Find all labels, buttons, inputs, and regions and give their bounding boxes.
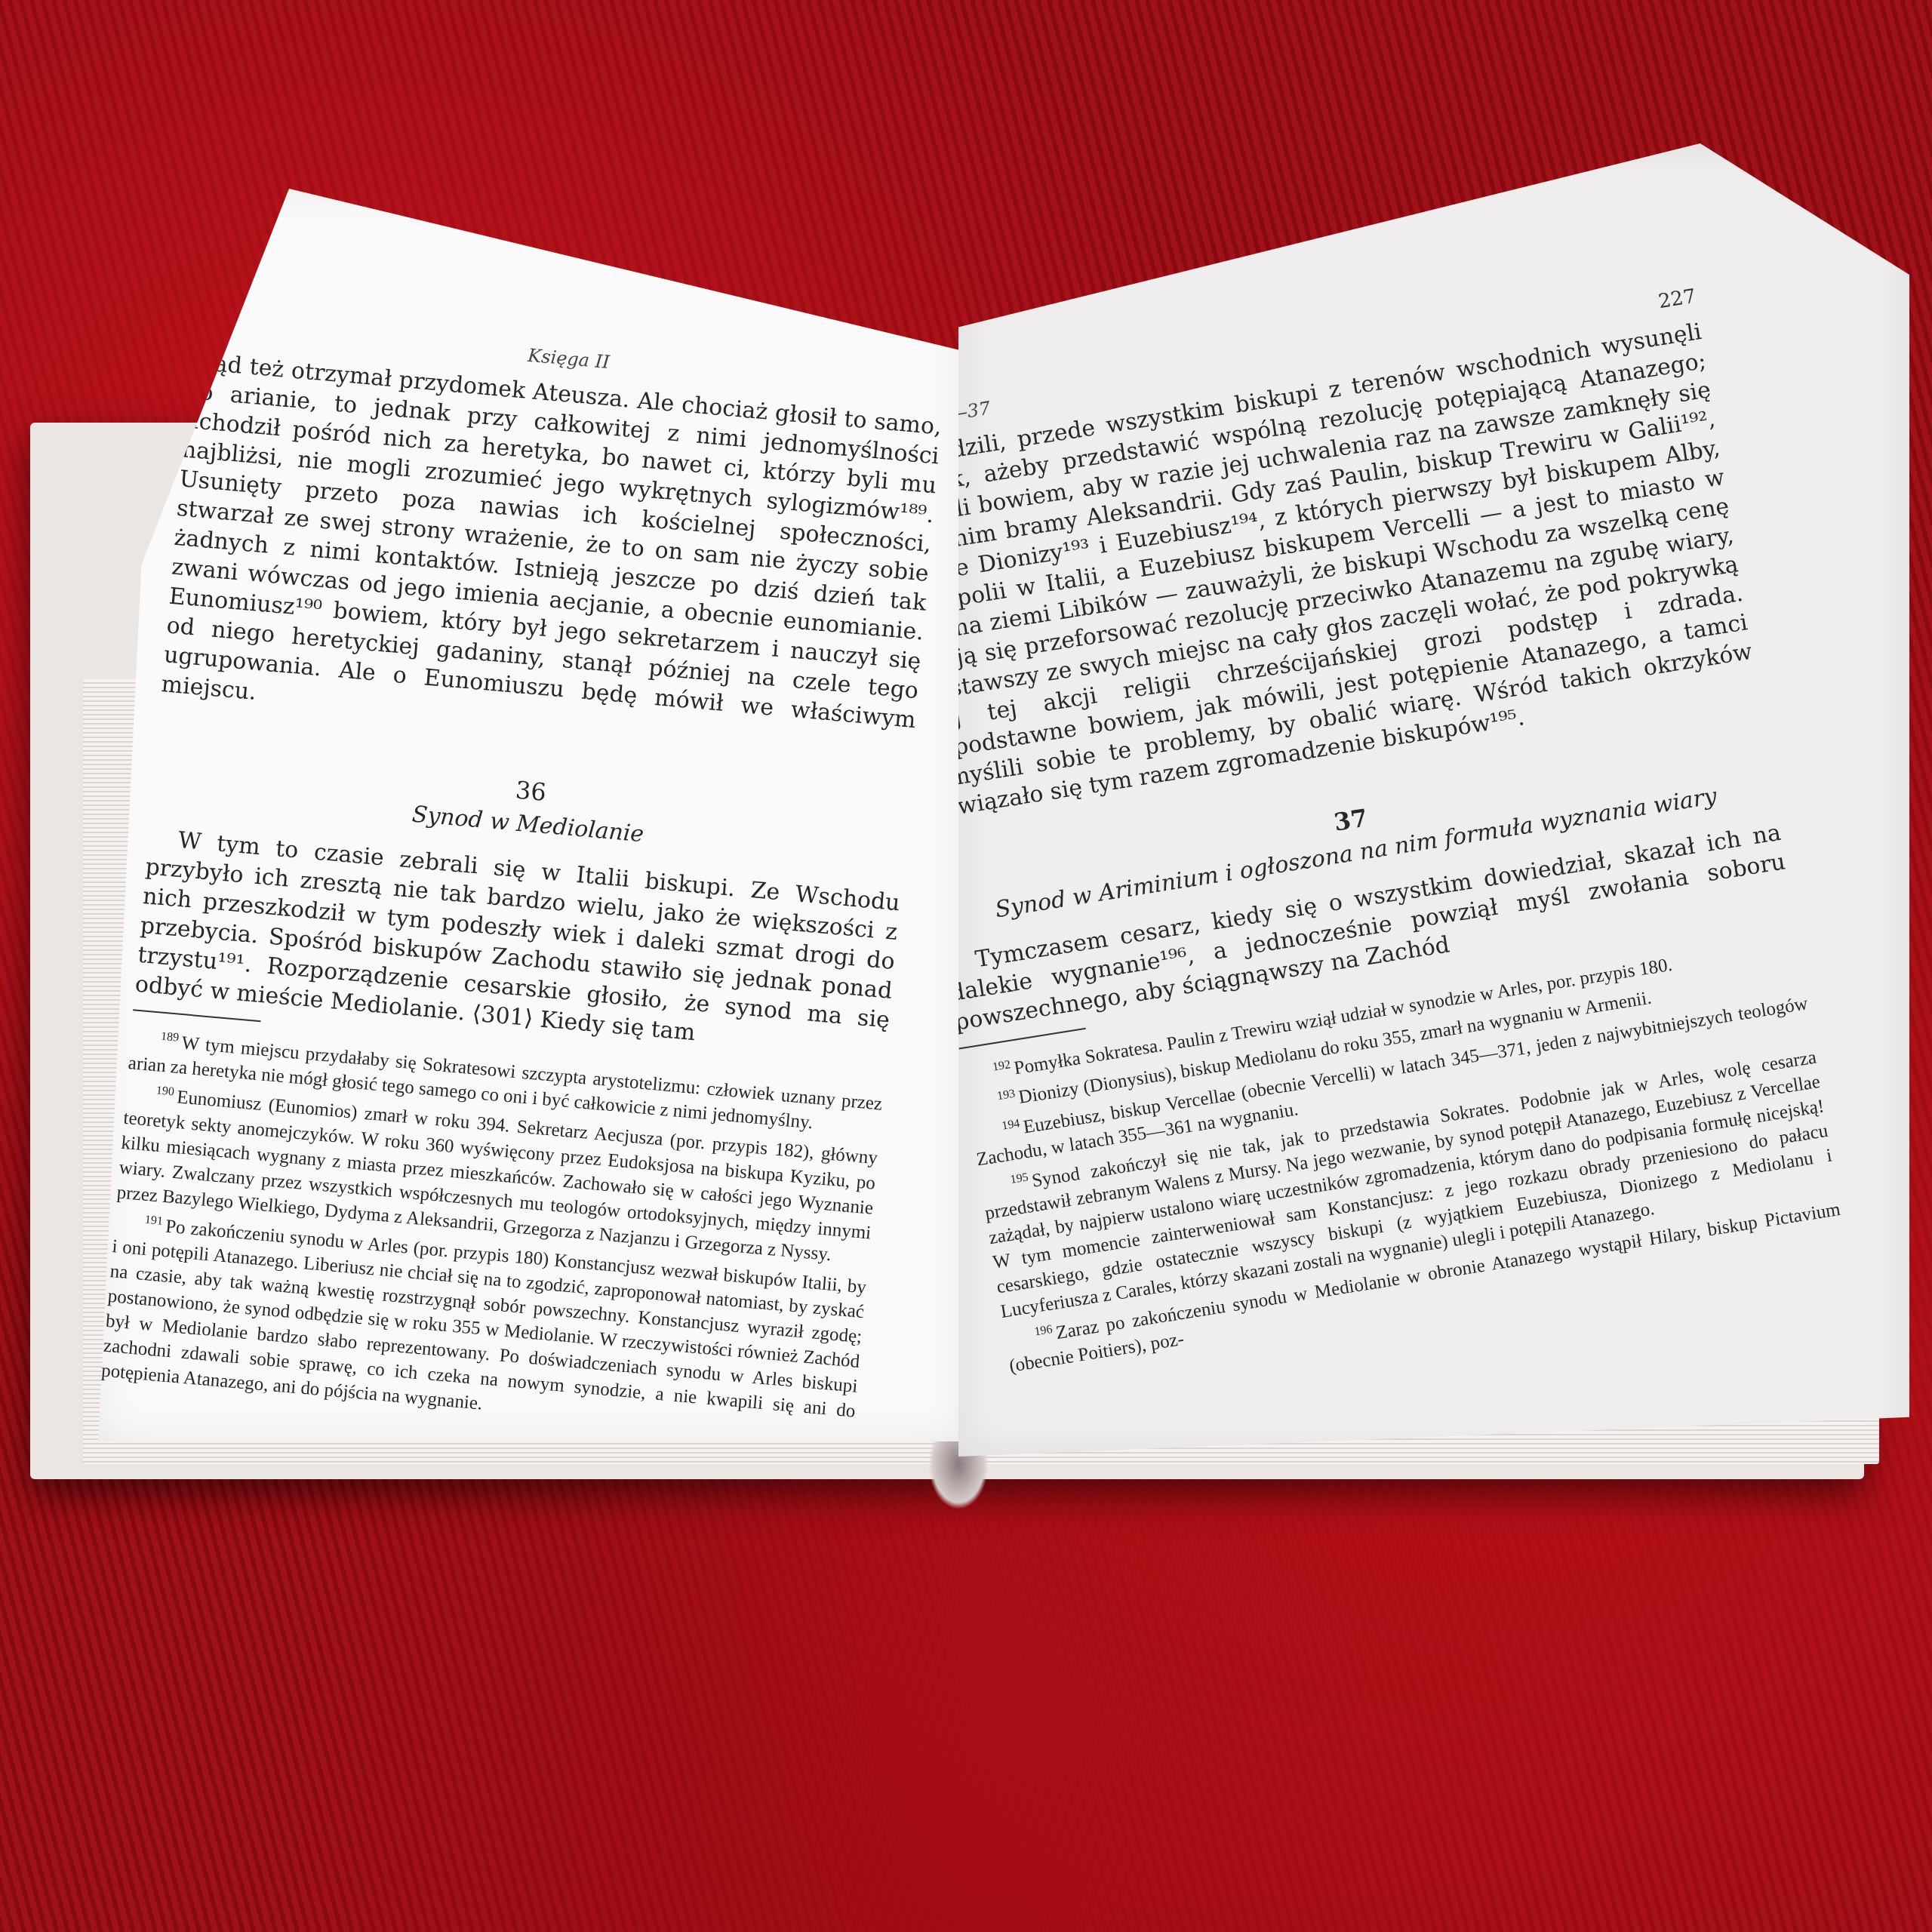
page-number-right: 227 <box>1657 285 1697 313</box>
right-page: Rozdz. 35—37 227 zgromadzili, przede wsz… <box>958 143 1909 1457</box>
footnote-rule <box>133 1009 261 1022</box>
page-number-left: 226 <box>194 287 233 312</box>
left-page: 226 Księga II Stąd też otrzymał przydome… <box>98 189 966 1441</box>
paragraph: Stąd też otrzymał przydomek Ateusza. Ale… <box>160 347 943 764</box>
